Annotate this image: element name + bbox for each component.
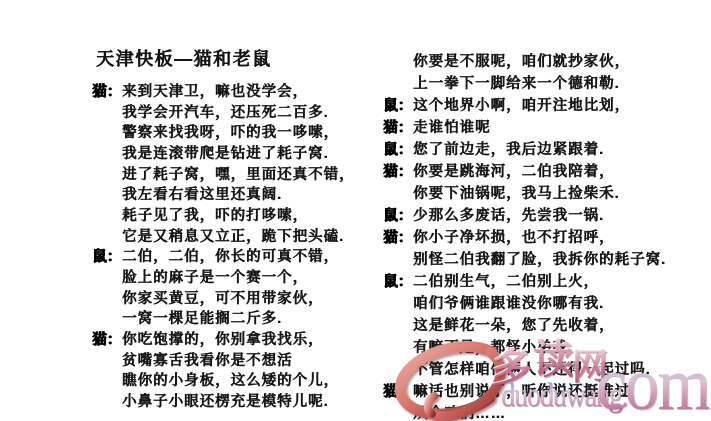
script-line: 从今咱们……	[383, 402, 666, 421]
line-text: 你家买黄豆，可不用带家伙，	[122, 287, 324, 308]
line-text: 我是连滚带爬是钻进了耗子窝.	[122, 142, 329, 163]
script-line: 贫嘴寡舌我看你是不想活	[92, 349, 355, 370]
line-text: 嘛话也别说了，听你说还挺难过.	[413, 380, 635, 401]
speaker-label: 鼠：	[92, 245, 122, 266]
document-page: 天津快板—猫和老鼠 猫： 来到天津卫，嘛也没学会， 我学会开汽车，还压死二百多.…	[0, 0, 711, 421]
line-text: 从今咱们……	[413, 402, 506, 421]
line-text: 一窝一棵足能搁二斤多.	[122, 307, 282, 328]
line-text: 你要是跳海河，二伯我陪着，	[413, 160, 615, 181]
line-text: 小鼻子小眼还楞充是模特儿呢.	[122, 390, 329, 411]
script-line: 猫： 走谁怕谁呢	[383, 115, 666, 137]
line-text: 脸上的麻子是一个赛一个，	[122, 266, 308, 287]
script-line: 你家买黄豆，可不用带家伙，	[92, 287, 355, 308]
script-line: 我左看右看这里还真阔.	[92, 183, 355, 204]
line-text: 上一拳下一脚给来一个德和勒.	[413, 72, 620, 93]
script-column-left: 猫： 来到天津卫，嘛也没学会， 我学会开汽车，还压死二百多. 警察来找我呀，吓的…	[92, 80, 355, 411]
speaker-label: 鼠：	[383, 138, 413, 159]
script-line: 一窝一棵足能搁二斤多.	[92, 308, 355, 329]
script-line: 我是连滚带爬是钻进了耗子窝.	[92, 142, 355, 163]
speaker-label: 猫：	[383, 160, 413, 181]
script-line: 猫： 你小子净坏损，也不打招呼，	[383, 225, 666, 247]
script-line: 鼠： 您了前边走，我后边紧跟着.	[383, 137, 666, 159]
script-line: 上一拳下一脚给来一个德和勒.	[383, 71, 666, 93]
script-line: 它是又稍息又立正，跪下把头磕.	[92, 225, 355, 246]
line-text: 瞧你的小身板，这么矮的个儿，	[122, 369, 339, 390]
script-line: 警察来找我呀，吓的我一哆嗦，	[92, 121, 355, 142]
line-text: 我左看右看这里还真阔.	[122, 183, 282, 204]
script-line: 你要是不服呢，咱们就抄家伙，	[383, 49, 666, 71]
speaker-label: 鼠：	[383, 204, 413, 225]
script-line: 我学会开汽车，还压死二百多.	[92, 101, 355, 122]
script-line: 脸上的麻子是一个赛一个，	[92, 266, 355, 287]
line-text: 贫嘴寡舌我看你是不想活	[122, 349, 293, 370]
line-text: 进了耗子窝，嘿，里面还真不错，	[122, 163, 355, 184]
page-title: 天津快板—猫和老鼠	[96, 45, 272, 71]
script-line: 猫： 你要是跳海河，二伯我陪着，	[383, 159, 666, 181]
speaker-label: 鼠：	[383, 270, 413, 291]
speaker-label: 猫：	[92, 328, 122, 349]
line-text: 这个地界小啊，咱开注地比划，	[413, 94, 630, 115]
line-text: 我学会开汽车，还压死二百多.	[122, 101, 329, 122]
script-line: 瞧你的小身板，这么矮的个儿，	[92, 370, 355, 391]
line-text: 不管怎样咱们俩人不还得一起过吗.	[413, 358, 651, 379]
line-text: 这是鲜花一朵，您了先收着，	[413, 314, 615, 335]
line-text: 别怪二伯我翻了脸，我拆你的耗子窝.	[413, 248, 666, 269]
line-text: 您了前边走，我后边紧跟着.	[413, 138, 604, 159]
line-text: 有嘛不是，都怪小弟我.	[413, 336, 573, 357]
line-text: 咱们爷俩谁跟谁没你哪有我.	[413, 292, 604, 313]
script-line: 鼠： 二伯，二伯，你长的可真不错，	[92, 246, 355, 267]
script-line: 猫： 你吃饱撑的，你别拿我找乐，	[92, 328, 355, 349]
script-line: 猫： 来到天津卫，嘛也没学会，	[92, 80, 355, 101]
line-text: 二伯别生气，二伯别上火，	[413, 270, 599, 291]
script-line: 鼠： 少那么多废话，先尝我一锅.	[383, 203, 666, 225]
script-line: 你要下油锅呢，我马上捡柴禾.	[383, 181, 666, 203]
speaker-label: 猫：	[383, 116, 413, 137]
line-text: 少那么多废话，先尝我一锅.	[413, 204, 604, 225]
line-text: 警察来找我呀，吓的我一哆嗦，	[122, 121, 339, 142]
script-line: 咱们爷俩谁跟谁没你哪有我.	[383, 292, 666, 314]
speaker-label: 猫：	[383, 226, 413, 247]
script-line: 小鼻子小眼还楞充是模特儿呢.	[92, 390, 355, 411]
line-text: 它是又稍息又立正，跪下把头磕.	[122, 225, 344, 246]
script-line: 不管怎样咱们俩人不还得一起过吗.	[383, 358, 666, 380]
line-text: 你小子净坏损，也不打招呼，	[413, 226, 615, 247]
script-line: 耗子见了我，吓的打哆嗦，	[92, 204, 355, 225]
line-text: 你要下油锅呢，我马上捡柴禾.	[413, 182, 620, 203]
speaker-label: 鼠：	[383, 94, 413, 115]
script-column-right: 你要是不服呢，咱们就抄家伙， 上一拳下一脚给来一个德和勒. 鼠： 这个地界小啊，…	[383, 49, 666, 421]
script-line: 有嘛不是，都怪小弟我.	[383, 336, 666, 358]
line-text: 你吃饱撑的，你别拿我找乐，	[122, 328, 324, 349]
speaker-label: 猫：	[383, 380, 413, 401]
script-line: 鼠： 二伯别生气，二伯别上火，	[383, 269, 666, 291]
script-line: 猫： 嘛话也别说了，听你说还挺难过.	[383, 380, 666, 402]
line-text: 走谁怕谁呢	[413, 116, 491, 137]
script-line: 进了耗子窝，嘿，里面还真不错，	[92, 163, 355, 184]
speaker-label: 猫：	[92, 80, 122, 101]
line-text: 来到天津卫，嘛也没学会，	[122, 80, 308, 101]
script-line: 别怪二伯我翻了脸，我拆你的耗子窝.	[383, 247, 666, 269]
script-line: 鼠： 这个地界小啊，咱开注地比划，	[383, 93, 666, 115]
line-text: 二伯，二伯，你长的可真不错，	[122, 245, 339, 266]
line-text: 你要是不服呢，咱们就抄家伙，	[413, 50, 630, 71]
script-line: 这是鲜花一朵，您了先收着，	[383, 314, 666, 336]
line-text: 耗子见了我，吓的打哆嗦，	[122, 204, 308, 225]
